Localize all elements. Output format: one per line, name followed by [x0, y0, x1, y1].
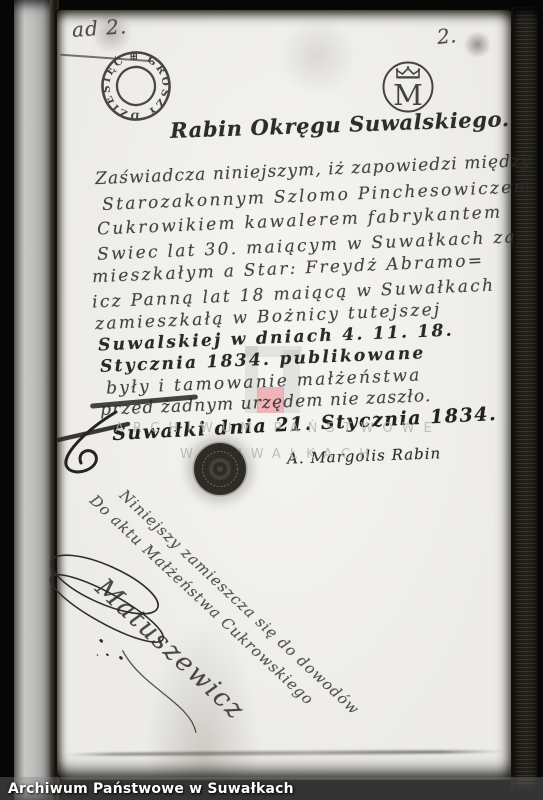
archival-scan: ad 2. 2. ⊞ GROSZY DZIESIĘĆ M Rabin Okręg…	[0, 0, 543, 800]
archive-footer-bar: Archiwum Państwowe w Suwałkach	[0, 777, 543, 800]
archive-watermark-line1: ARCHIWUM PAŃSTWOWE	[115, 421, 441, 436]
svg-text:⊞ GROSZY DZIESIĘĆ: ⊞ GROSZY DZIESIĘĆ	[92, 41, 179, 129]
book-fore-edge	[511, 7, 538, 790]
crown-icon	[396, 66, 420, 77]
monogram-letter: M	[393, 78, 423, 112]
page-number: 2.	[436, 23, 457, 49]
adjacent-page-edge	[14, 0, 50, 800]
monogram-stamp-icon: M	[381, 60, 435, 114]
top-left-annotation: ad 2.	[71, 14, 128, 42]
archive-footer-label: Archiwum Państwowe w Suwałkach	[0, 781, 294, 797]
ink-seal	[192, 441, 248, 497]
revenue-stamp-ring-text: ⊞ GROSZY DZIESIĘĆ	[92, 41, 179, 129]
